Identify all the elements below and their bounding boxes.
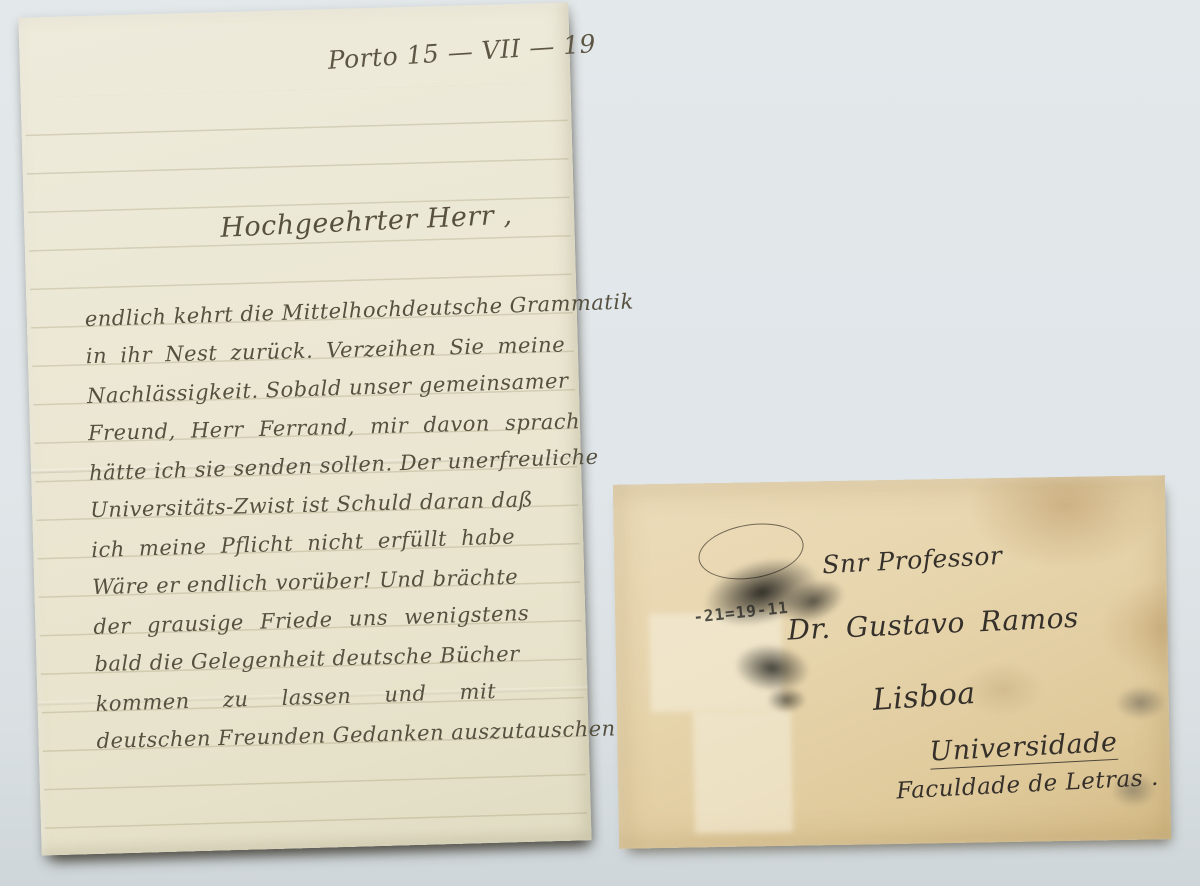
faded-stamp-patch (693, 710, 793, 834)
letter-dateline: Porto 15 — VII — 19 (327, 29, 597, 75)
letter-sheet: Porto 15 — VII — 19 Hochgeehrter Herr , … (18, 2, 591, 855)
postmark-smudge-faint (1114, 685, 1167, 720)
letter-salutation: Hochgeehrter Herr , (220, 200, 513, 244)
photo-scene: Porto 15 — VII — 19 Hochgeehrter Herr , … (0, 0, 1200, 886)
address-line-recipient-title: Snr Professor (822, 541, 1003, 579)
postmark-smudge (766, 686, 806, 713)
envelope: -21=19-11 Snr Professor Dr. Gustavo Ramo… (613, 475, 1171, 849)
letter-body: endlich kehrt die Mittelhochdeutsche Gra… (84, 285, 589, 761)
address-line-institution: Universidade (929, 727, 1119, 770)
address-line-city: Lisboa (872, 676, 977, 718)
